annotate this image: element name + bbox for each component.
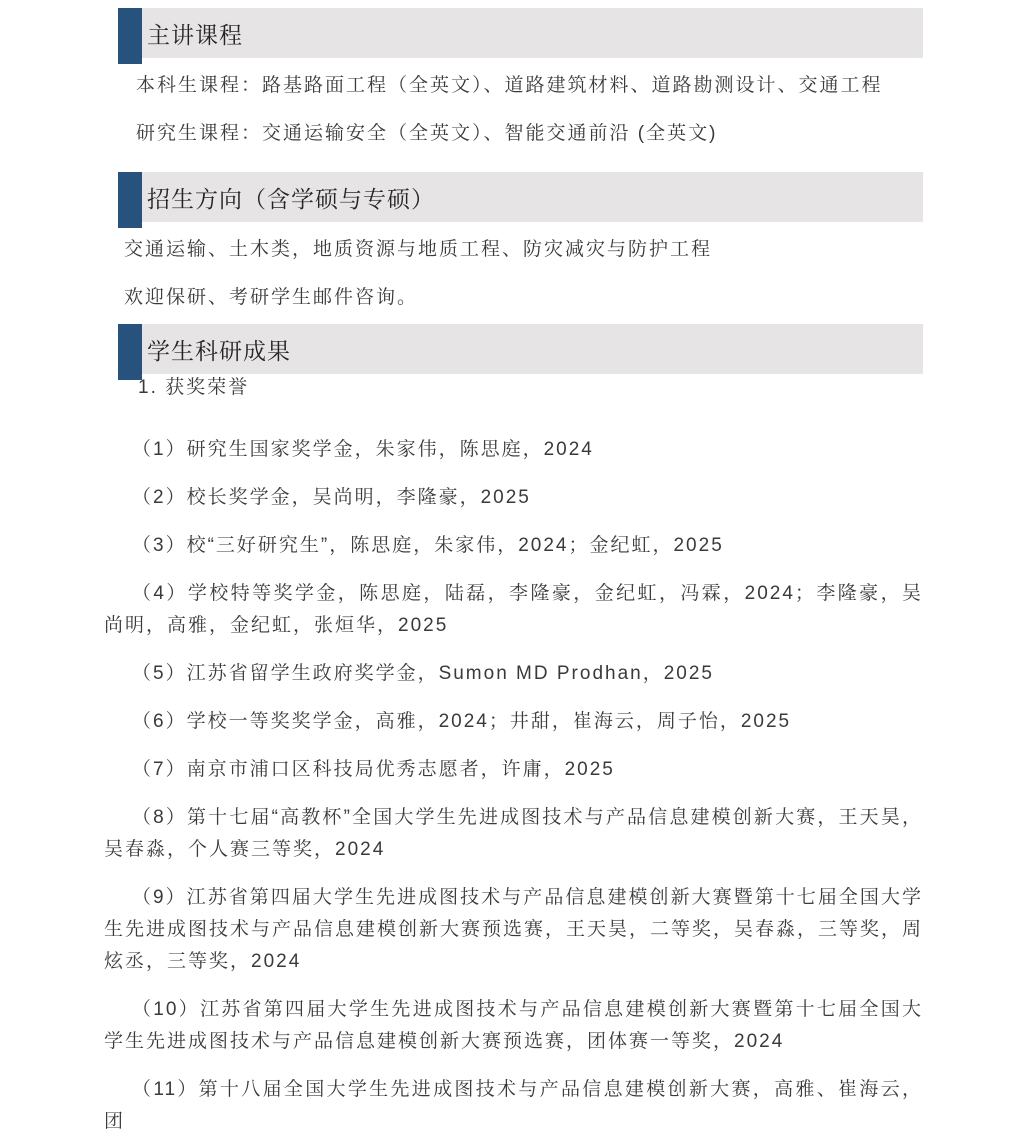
section-title-achievements: 学生科研成果 (147, 333, 291, 366)
header-bar: 招生方向（含学硕与专硕） (142, 172, 923, 222)
award-item-6: （6）学校一等奖奖学金，高雅，2024；井甜，崔海云，周子怡，2025 (104, 706, 923, 738)
award-item-10: （10）江苏省第四届大学生先进成图技术与产品信息建模创新大赛暨第十七届全国大学生… (104, 994, 923, 1058)
award-item-5: （5）江苏省留学生政府奖学金，Sumon MD Prodhan，2025 (104, 658, 923, 690)
section-header-courses: 主讲课程 (118, 8, 923, 64)
award-item-8: （8）第十七届“高教杯”全国大学生先进成图技术与产品信息建模创新大赛，王天昊，吴… (104, 802, 923, 866)
award-item-2: （2）校长奖学金，吴尚明，李隆豪，2025 (104, 482, 923, 514)
award-item-3: （3）校“三好研究生”，陈思庭，朱家伟，2024；金纪虹，2025 (104, 530, 923, 562)
award-item-11: （11）第十八届全国大学生先进成图技术与产品信息建模创新大赛，高雅、崔海云，团 (104, 1074, 923, 1138)
admission-note-text: 欢迎保研、考研学生邮件咨询。 (104, 282, 923, 314)
section-header-admissions: 招生方向（含学硕与专硕） (118, 172, 923, 228)
page-content: 主讲课程 本科生课程：路基路面工程（全英文）、道路建筑材料、道路勘测设计、交通工… (104, 0, 923, 1138)
award-item-9: （9）江苏省第四届大学生先进成图技术与产品信息建模创新大赛暨第十七届全国大学生先… (104, 882, 923, 978)
header-bar: 学生科研成果 (142, 324, 923, 374)
graduate-courses-text: 研究生课程：交通运输安全（全英文）、智能交通前沿 (全英文) (104, 118, 923, 150)
header-bar: 主讲课程 (142, 8, 923, 58)
accent-bar (118, 172, 142, 228)
admission-majors-text: 交通运输、土木类，地质资源与地质工程、防灾减灾与防护工程 (104, 234, 923, 266)
award-item-1: （1）研究生国家奖学金，朱家伟，陈思庭，2024 (104, 434, 923, 466)
awards-subtitle: 1. 获奖荣誉 (104, 372, 923, 404)
award-item-7: （7）南京市浦口区科技局优秀志愿者，许庸，2025 (104, 754, 923, 786)
undergrad-courses-text: 本科生课程：路基路面工程（全英文）、道路建筑材料、道路勘测设计、交通工程 (104, 70, 923, 102)
award-item-4: （4）学校特等奖学金，陈思庭，陆磊，李隆豪，金纪虹，冯霖，2024；李隆豪，吴尚… (104, 578, 923, 642)
accent-bar (118, 8, 142, 64)
section-title-admissions: 招生方向（含学硕与专硕） (147, 181, 435, 214)
section-title-courses: 主讲课程 (147, 17, 243, 50)
